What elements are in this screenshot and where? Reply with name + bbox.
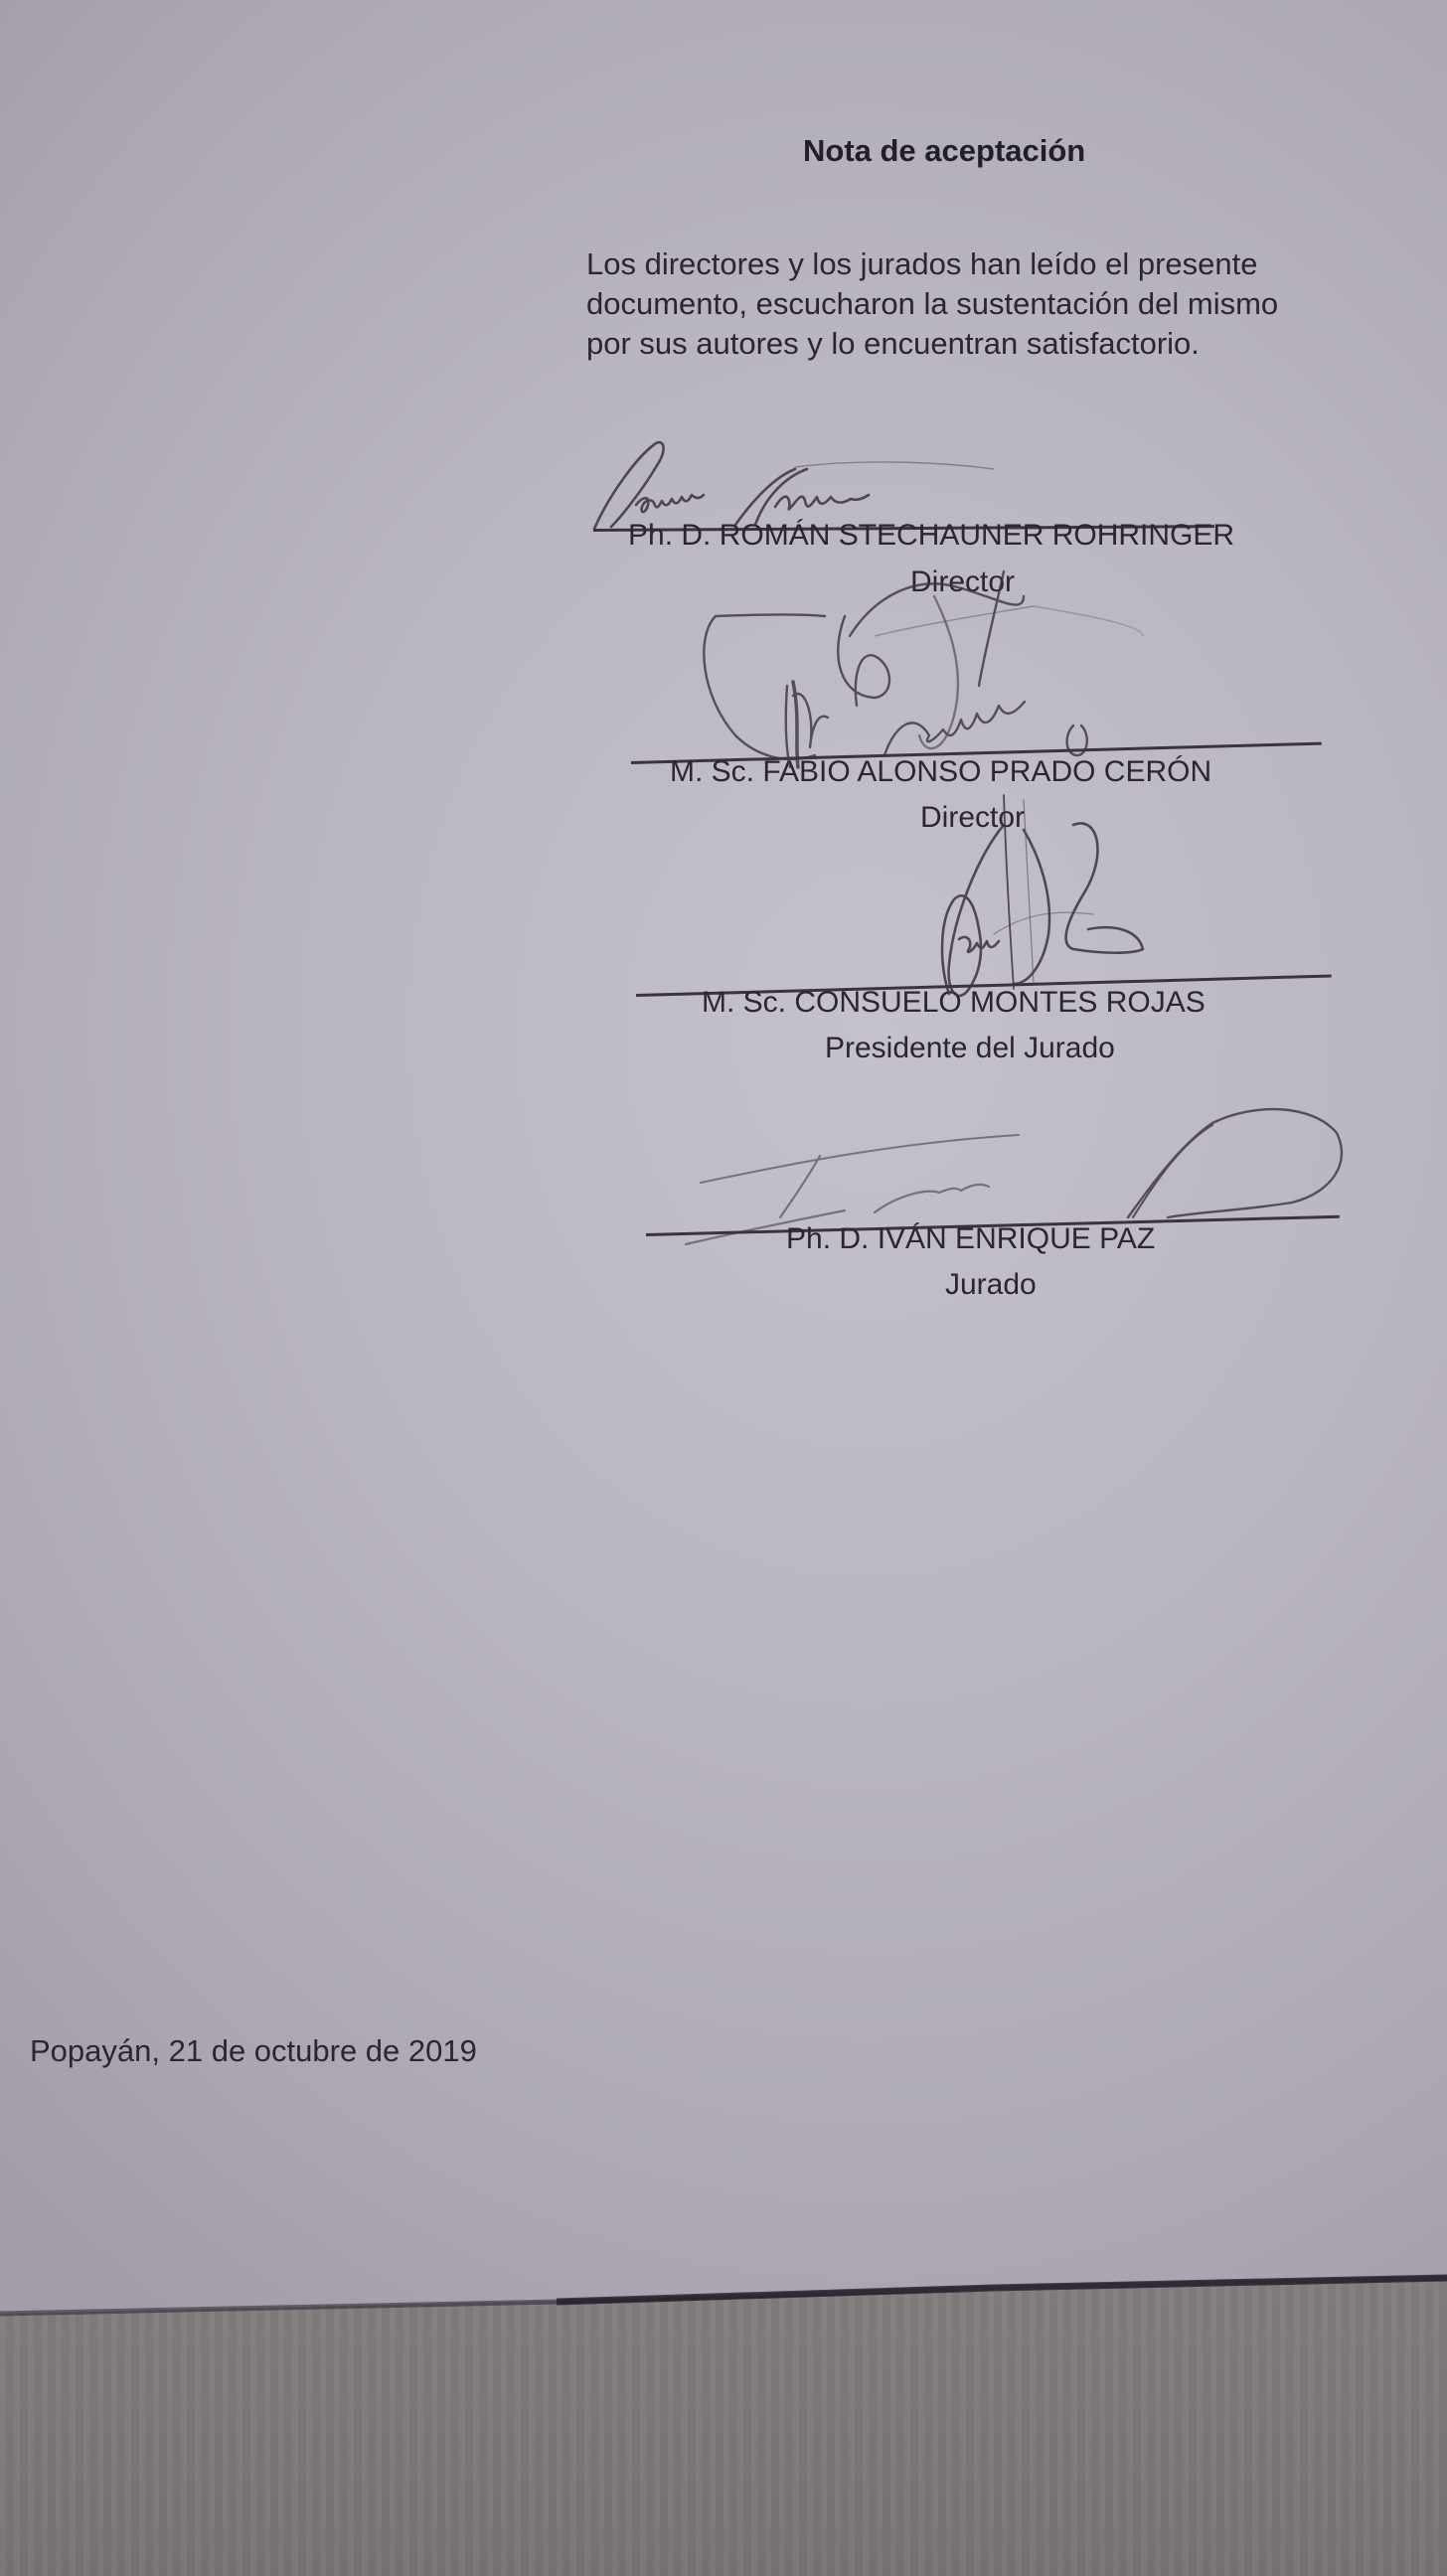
page-title: Nota de aceptación xyxy=(803,135,1085,166)
statement-line: por sus autores y lo encuentran satisfac… xyxy=(586,324,1362,364)
document-page: Nota de aceptación Los directores y los … xyxy=(0,0,1447,2576)
acceptance-statement: Los directores y los jurados han leído e… xyxy=(586,244,1362,364)
signatory-name: M. Sc. FABIO ALONSO PRADO CERÓN xyxy=(670,757,1211,787)
place-and-date: Popayán, 21 de octubre de 2019 xyxy=(30,2035,477,2066)
statement-line: documento, escucharon la sustentación de… xyxy=(586,284,1362,324)
signatory-name: Ph. D. ROMÁN STECHAUNER ROHRINGER xyxy=(628,521,1234,551)
signatory-role: Presidente del Jurado xyxy=(825,1034,1115,1063)
signatory-role: Director xyxy=(910,567,1015,597)
floor-background xyxy=(0,2266,1447,2576)
signatory-name: M. Sc. CONSUELO MONTES ROJAS xyxy=(702,988,1206,1018)
photo-scene: Nota de aceptación Los directores y los … xyxy=(0,0,1447,2576)
signatory-role: Jurado xyxy=(945,1270,1037,1300)
signatory-name: Ph. D. IVÁN ENRIQUE PAZ xyxy=(786,1224,1155,1254)
statement-line: Los directores y los jurados han leído e… xyxy=(586,244,1362,284)
signatory-role: Director xyxy=(920,803,1025,833)
